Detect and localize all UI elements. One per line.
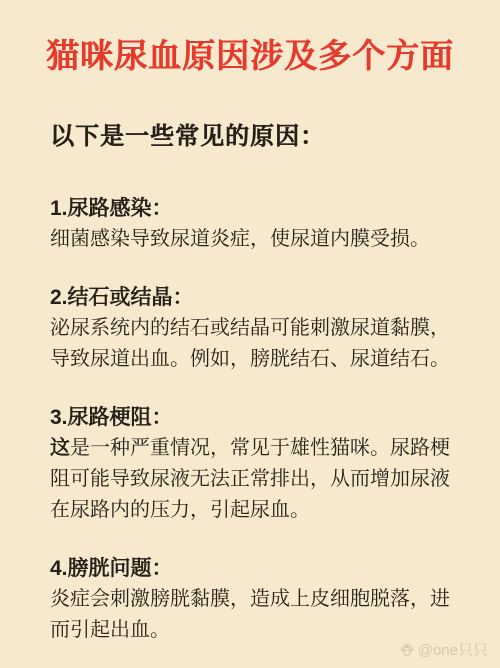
- section-heading: 2.结石或结晶：: [50, 283, 454, 313]
- section-bladder-problems: 4.膀胱问题： 炎症会刺激膀胱黏膜，造成上皮细胞脱落，进而引起出血。: [50, 554, 454, 646]
- section-body: 泌尿系统内的结石或结晶可能刺激尿道黏膜，导致尿道出血。例如，膀胱结石、尿道结石。: [50, 313, 454, 375]
- content: 1.尿路感染： 细菌感染导致尿道炎症，使尿道内膜受损。 2.结石或结晶： 泌尿系…: [50, 194, 454, 646]
- info-card: 猫咪尿血原因涉及多个方面 以下是一些常见的原因： 1.尿路感染： 细菌感染导致尿…: [0, 0, 500, 668]
- section-heading: 4.膀胱问题：: [50, 554, 454, 584]
- section-urinary-infection: 1.尿路感染： 细菌感染导致尿道炎症，使尿道内膜受损。: [50, 194, 454, 255]
- section-heading: 3.尿路梗阻：: [50, 403, 454, 433]
- section-body-lead: 这: [50, 437, 70, 459]
- page-title: 猫咪尿血原因涉及多个方面: [0, 0, 500, 76]
- section-body-text: 泌尿系统内的结石或结晶可能刺激尿道黏膜，导致尿道出血。例如，膀胱结石、尿道结石。: [50, 317, 450, 370]
- section-body-text: 细菌感染导致尿道炎症，使尿道内膜受损。: [50, 228, 430, 250]
- section-urinary-obstruction: 3.尿路梗阻： 这是一种严重情况，常见于雄性猫咪。尿路梗阻可能导致尿液无法正常排…: [50, 403, 454, 526]
- watermark-text: @one只只: [418, 639, 488, 660]
- section-heading: 1.尿路感染：: [50, 194, 454, 224]
- section-body-text: 炎症会刺激膀胱黏膜，造成上皮细胞脱落，进而引起出血。: [50, 588, 450, 641]
- section-body: 细菌感染导致尿道炎症，使尿道内膜受损。: [50, 224, 454, 255]
- section-body: 炎症会刺激膀胱黏膜，造成上皮细胞脱落，进而引起出血。: [50, 584, 454, 646]
- watermark: @one只只: [399, 639, 488, 660]
- section-body-text: 是一种严重情况，常见于雄性猫咪。尿路梗阻可能导致尿液无法正常排出，从而增加尿液在…: [50, 437, 450, 521]
- subtitle: 以下是一些常见的原因：: [50, 122, 452, 152]
- section-body: 这是一种严重情况，常见于雄性猫咪。尿路梗阻可能导致尿液无法正常排出，从而增加尿液…: [50, 433, 454, 526]
- section-stones-crystals: 2.结石或结晶： 泌尿系统内的结石或结晶可能刺激尿道黏膜，导致尿道出血。例如，膀…: [50, 283, 454, 375]
- paw-icon: [399, 642, 415, 658]
